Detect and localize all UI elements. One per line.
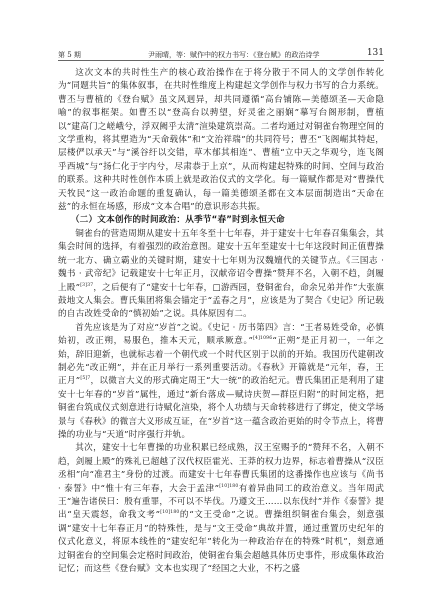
running-header: 第 5 期 尹雨晴，等：赋作中的权力书写：《登台赋》的政治诗学 131	[58, 48, 384, 60]
citation-marker: [10]180	[219, 484, 238, 489]
paragraph: 铜雀台的营造周期从建安十五年冬至十七年春，并于建安十七年春召集集会，其集会时间的…	[58, 228, 384, 322]
section-heading: （二）文本创作的时间政治：从季节“春”时到永恒天命	[58, 214, 384, 227]
article-body: 这次文本的共时性生产的核心政治操作在于将分散于不同人的文学创作转化为“同题共旨”…	[58, 67, 384, 576]
citation-marker: [4]1096	[253, 336, 272, 341]
issue-number: 第 5 期	[58, 50, 81, 60]
paragraph: 其次，建安十七年曹操的功业积累已经成熟，汉王室赐予的“赞拜不名，入朝不趋，剑履上…	[58, 442, 384, 576]
citation-marker: [10]180	[160, 511, 179, 516]
paragraph: 首先应该是为了对应“岁首”之说。《史记 · 历书第四》言：“王者易姓受命，必慎始…	[58, 322, 384, 443]
running-title: 尹雨晴，等：赋作中的权力书写：《登台赋》的政治诗学	[148, 50, 320, 60]
citation-marker: [5]7	[80, 376, 90, 381]
citation-marker: [3]37	[80, 283, 93, 288]
header-rule	[58, 60, 384, 61]
page-number: 131	[367, 48, 384, 58]
paragraph: 这次文本的共时性生产的核心政治操作在于将分散于不同人的文学创作转化为“同题共旨”…	[58, 67, 384, 214]
